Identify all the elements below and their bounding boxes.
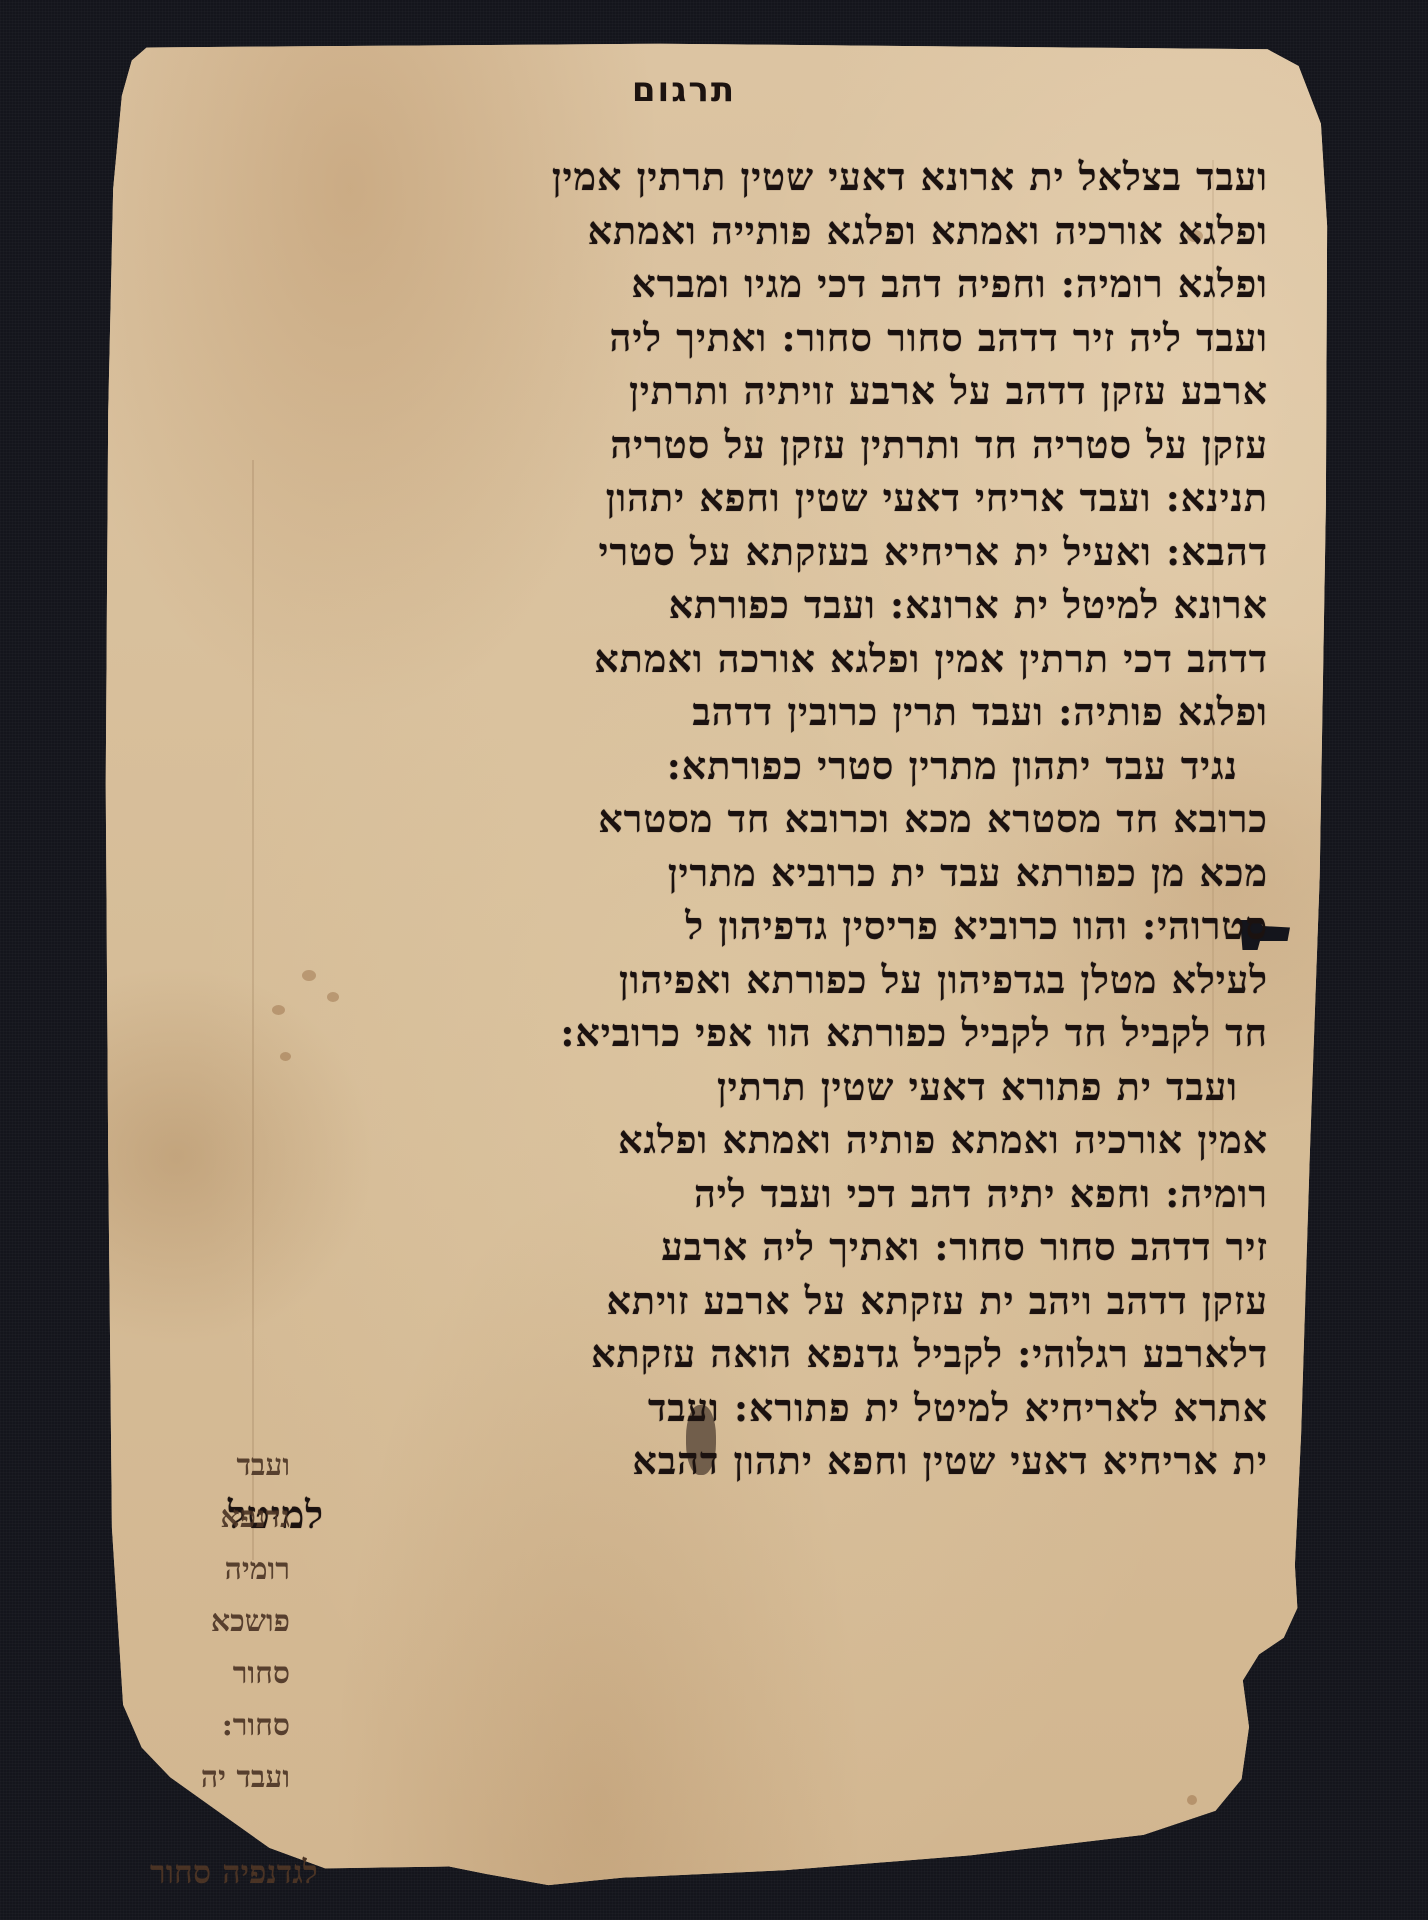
text-line: דהבא: ואעיל ית אריחיא בעזקתא על סטרי [228, 525, 1268, 579]
text-line: ארונא למיטל ית ארונא: ועבד כפורתא [228, 578, 1268, 632]
text-line: ופלגא פותיה: ועבד תרין כרובין דדהב [228, 685, 1268, 739]
text-line: ועבד בצלאל ית ארונא דאעי שטין תרתין אמין [228, 150, 1268, 204]
gloss-line: רומיה [120, 1544, 290, 1596]
text-line: חד לקביל חד לקביל כפורתא הוו אפי כרוביא: [228, 1006, 1268, 1060]
margin-gloss-bottom: לגדנפיה סחור [150, 1853, 318, 1891]
page-title: תרגום [0, 70, 1428, 110]
margin-gloss: ועבד גדנפא רומיה פושכא סחור סחור: ועבד י… [120, 1440, 290, 1804]
text-line: למיטל [228, 1488, 1268, 1542]
text-line: ית אריחיא דאעי שטין וחפא יתהון דהבא [228, 1434, 1268, 1488]
text-line: עזקן דדהב ויהב ית עזקתא על ארבע זויתא [228, 1274, 1268, 1328]
page-title-text: תרגום [632, 70, 736, 110]
text-line: כרובא חד מסטרא מכא וכרובא חד מסטרא [228, 792, 1268, 846]
text-line: דלארבע רגלוהי: לקביל גדנפא הואה עזקתא [228, 1327, 1268, 1381]
text-line: אתרא לאריחיא למיטל ית פתורא: ועבד [228, 1381, 1268, 1435]
text-line: רומיה: וחפא יתיה דהב דכי ועבד ליה [228, 1167, 1268, 1221]
gloss-line: סחור [120, 1648, 290, 1700]
text-line: ופלגא אורכיה ואמתא ופלגא פותייה ואמתא [228, 204, 1268, 258]
gloss-line: פושכא [120, 1596, 290, 1648]
text-line: ועבד ליה זיר דדהב סחור סחור: ואתיך ליה [228, 311, 1268, 365]
text-line: נגיד עבד יתהון מתרין סטרי כפורתא: [228, 739, 1268, 793]
text-line: תנינא: ועבד אריחי דאעי שטין וחפא יתהון [228, 471, 1268, 525]
gloss-line: גדנפא [120, 1492, 290, 1544]
gloss-line: ועבד יה [120, 1752, 290, 1804]
text-line: זיר דדהב סחור סחור: ואתיך ליה ארבע [228, 1220, 1268, 1274]
gloss-line: סחור: [120, 1700, 290, 1752]
main-text-block: ועבד בצלאל ית ארונא דאעי שטין תרתין אמין… [228, 150, 1268, 1541]
text-line: אמין אורכיה ואמתא פותיה ואמתא ופלגא [228, 1113, 1268, 1167]
text-line: ועבד ית פתורא דאעי שטין תרתין [228, 1060, 1268, 1114]
text-line: ופלגא רומיה: וחפיה דהב דכי מגיו ומברא [228, 257, 1268, 311]
text-line: לעילא מטלן בגדפיהון על כפורתא ואפיהון [228, 953, 1268, 1007]
stain [1187, 1795, 1197, 1805]
text-line: סטרוהי: והוו כרוביא פריסין גדפיהון ל [228, 899, 1268, 953]
text-line: ארבע עזקן דדהב על ארבע זויתיה ותרתין [228, 364, 1268, 418]
gloss-line: ועבד [120, 1440, 290, 1492]
text-line: עזקן על סטריה חד ותרתין עזקן על סטריה [228, 418, 1268, 472]
text-line: מכא מן כפורתא עבד ית כרוביא מתרין [228, 846, 1268, 900]
text-line: דדהב דכי תרתין אמין ופלגא אורכה ואמתא [228, 632, 1268, 686]
